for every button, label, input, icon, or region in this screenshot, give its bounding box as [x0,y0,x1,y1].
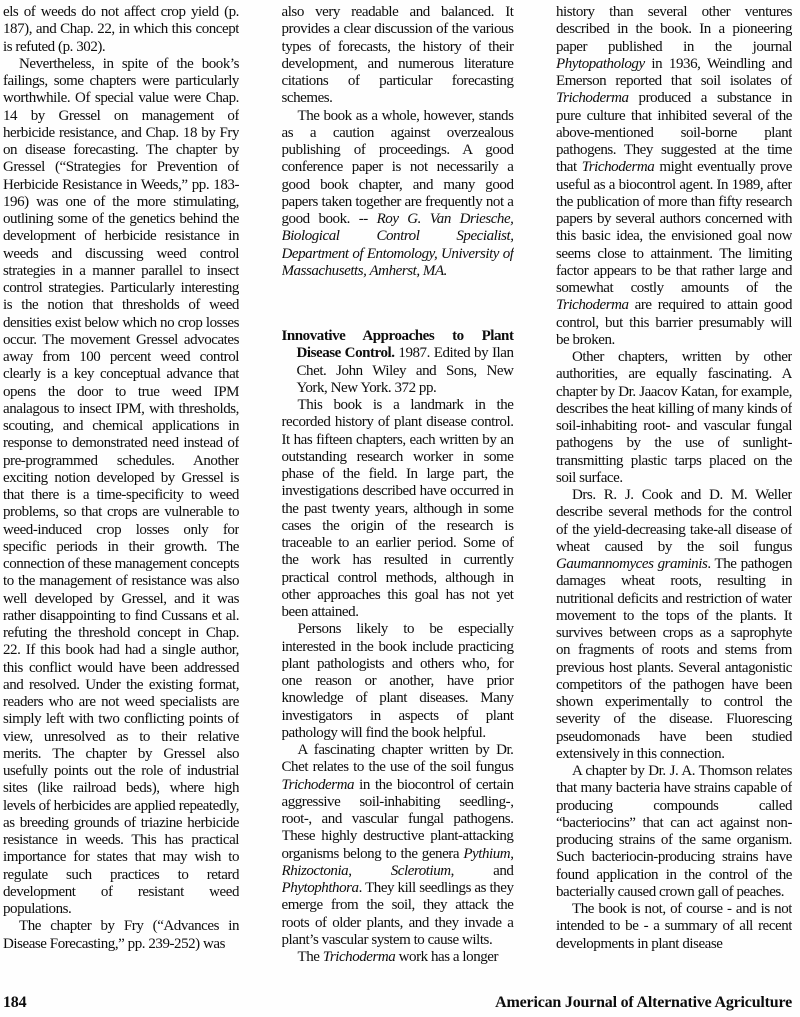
text-segment: history than several other ventures desc… [556,4,792,55]
text-segment: Phytopathology [556,56,645,72]
journal-page: els of weeds do not affect crop yield (p… [0,0,800,1017]
text-segment: The book as a whole, however, stands as … [282,108,514,228]
text-segment: , and [451,863,514,879]
paragraph: The book as a whole, however, stands as … [282,108,514,281]
text-segment: Rhizoctonia [282,863,349,879]
page-number: 184 [3,994,26,1012]
text-segment: A fascinating chapter written by Dr. Che… [282,742,514,775]
text-segment: The book is not, of course - and is not … [556,901,792,952]
text-segment: This book is a landmark in the recorded … [282,397,514,620]
text-segment: Trichoderma [323,949,396,965]
paragraph: Persons likely to be especially interest… [282,621,514,742]
text-segment: Trichoderma [556,297,629,313]
text-segment: Trichoderma [282,777,355,793]
text-segment: , [510,846,513,862]
page-footer: 184 American Journal of Alternative Agri… [3,994,792,1012]
text-segment: might eventually prove useful as a bioco… [556,159,792,296]
text-segment: also very readable and balanced. It prov… [282,4,514,106]
text-column-1: els of weeds do not affect crop yield (p… [3,4,239,994]
paragraph: The Trichoderma work has a longer [282,949,514,966]
text-segment: Trichoderma [582,159,655,175]
text-segment: The [298,949,323,965]
text-segment: work has a longer [395,949,498,965]
paragraph: The book is not, of course - and is not … [556,901,792,953]
paragraph: Drs. R. J. Cook and D. M. Weller describ… [556,487,792,763]
text-segment: els of weeds do not affect crop yield (p… [3,4,239,55]
text-segment: The chapter by Fry (“Advances in Disease… [3,918,239,951]
paragraph: Nevertheless, in spite of the book’s fai… [3,56,239,919]
book-citation: Innovative Approaches to Plant Disease C… [282,328,514,397]
text-segment: Other chapters, written by other authori… [556,349,792,486]
text-segment: Gaumannomyces graminis [556,556,707,572]
text-segment: . The pathogen damages wheat roots, resu… [556,556,792,762]
article-body: els of weeds do not affect crop yield (p… [3,4,792,994]
paragraph: This book is a landmark in the recorded … [282,397,514,621]
paragraph: history than several other ventures desc… [556,4,792,349]
paragraph: A chapter by Dr. J. A. Thomson relates t… [556,763,792,901]
paragraph: The chapter by Fry (“Advances in Disease… [3,918,239,953]
paragraph: els of weeds do not affect crop yield (p… [3,4,239,56]
text-segment: Trichoderma [556,90,629,106]
paragraph: also very readable and balanced. It prov… [282,4,514,108]
paragraph: Other chapters, written by other authori… [556,349,792,487]
text-segment: A chapter by Dr. J. A. Thomson relates t… [556,763,792,900]
text-segment: Persons likely to be especially interest… [282,621,514,741]
journal-title: American Journal of Alternative Agricult… [495,994,792,1012]
text-segment: Sclerotium [391,863,451,879]
text-segment: Nevertheless, in spite of the book’s fai… [3,56,239,917]
text-segment: Pythium [463,846,510,862]
text-column-3: history than several other ventures desc… [556,4,792,994]
text-column-2: also very readable and balanced. It prov… [282,4,514,994]
text-segment: Drs. R. J. Cook and D. M. Weller describ… [556,487,792,555]
text-segment: Phytophthora [282,880,359,896]
text-segment: , [348,863,391,879]
paragraph: A fascinating chapter written by Dr. Che… [282,742,514,949]
